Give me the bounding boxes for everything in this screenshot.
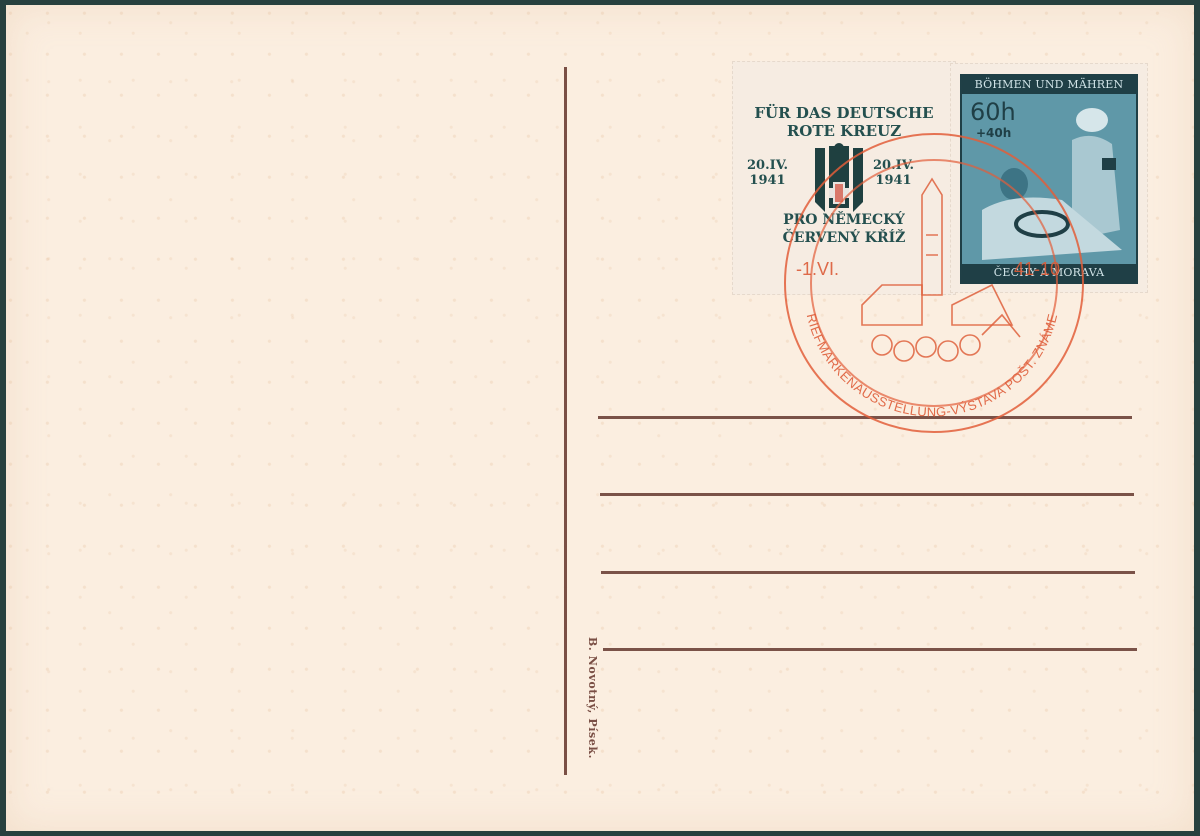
date-left-day: 20.IV. xyxy=(747,158,788,173)
postmark-ring-text: BRIEFMARKENAUSSTELLUNG-VÝSTAVA POŠT. ZNÁ… xyxy=(784,133,1080,429)
center-divider xyxy=(564,67,567,775)
tab-line-1: FÜR DAS DEUTSCHE xyxy=(733,104,955,122)
postmark-cancel: -1.VI. 41-10 BRIEFMARKENAUSSTELLUNG-VÝST… xyxy=(784,133,1084,433)
address-line-2 xyxy=(600,493,1134,496)
address-line-3 xyxy=(601,571,1135,574)
printer-imprint: B. Novotný, Písek. xyxy=(586,637,599,759)
date-left-year: 1941 xyxy=(747,173,788,188)
date-left: 20.IV. 1941 xyxy=(747,158,788,188)
svg-text:BRIEFMARKENAUSSTELLUNG-VÝSTAVA: BRIEFMARKENAUSSTELLUNG-VÝSTAVA POŠT. ZNÁ… xyxy=(784,133,1060,419)
stamp-country-top: BÖHMEN UND MÄHREN xyxy=(962,76,1136,94)
address-line-4 xyxy=(603,648,1137,651)
postcard: B. Novotný, Písek. FÜR DAS DEUTSCHE ROTE… xyxy=(6,5,1194,831)
